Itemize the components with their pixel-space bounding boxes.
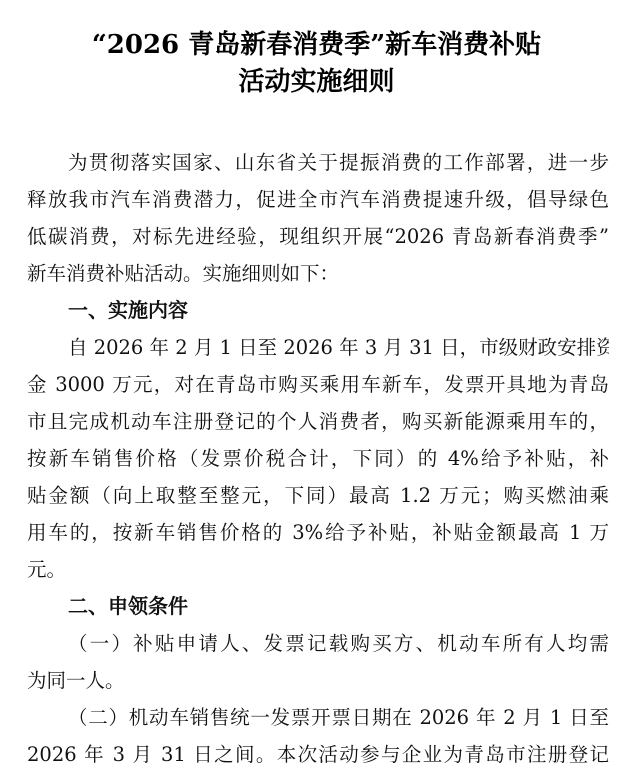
document-title-line-2: 活动实施细则: [0, 62, 633, 102]
intro-paragraph-line: 释放我市汽车消费潜力，促进全市汽车消费提速升级，倡导绿色: [27, 181, 609, 218]
section-2-line: 2026 年 3 月 31 日之间。本次活动参与企业为青岛市注册登记: [27, 736, 609, 773]
section-2-line: （二）机动车销售统一发票开票日期在 2026 年 2 月 1 日至: [68, 699, 609, 736]
intro-paragraph-line: 为贯彻落实国家、山东省关于提振消费的工作部署，进一步: [68, 144, 609, 181]
section-1-line: 金 3000 万元，对在青岛市购买乘用车新车，发票开具地为青岛: [27, 366, 609, 403]
intro-paragraph-line: 低碳消费，对标先进经验，现组织开展“2026 青岛新春消费季”: [27, 218, 609, 255]
section-1-line: 用车的，按新车销售价格的 3%给予补贴，补贴金额最高 1 万: [27, 514, 609, 551]
section-2-line: （一）补贴申请人、发票记载购买方、机动车所有人均需: [68, 625, 609, 662]
section-1-line: 元。: [27, 551, 609, 588]
section-2-line: 为同一人。: [27, 662, 609, 699]
document-title-line-1: “2026 青岛新春消费季”新车消费补贴: [0, 25, 633, 65]
section-1-line: 市且完成机动车注册登记的个人消费者，购买新能源乘用车的，: [27, 403, 609, 440]
section-heading-implementation: 一、实施内容: [68, 292, 188, 329]
section-1-line: 自 2026 年 2 月 1 日至 2026 年 3 月 31 日，市级财政安排…: [68, 329, 609, 366]
section-1-line: 贴金额（向上取整至整元，下同）最高 1.2 万元；购买燃油乘: [27, 477, 609, 514]
section-heading-eligibility: 二、申领条件: [68, 588, 188, 625]
document-page: “2026 青岛新春消费季”新车消费补贴 活动实施细则 为贯彻落实国家、山东省关…: [0, 0, 633, 777]
intro-paragraph-line: 新车消费补贴活动。实施细则如下：: [27, 255, 609, 292]
section-1-line: 按新车销售价格（发票价税合计，下同）的 4%给予补贴，补: [27, 440, 609, 477]
